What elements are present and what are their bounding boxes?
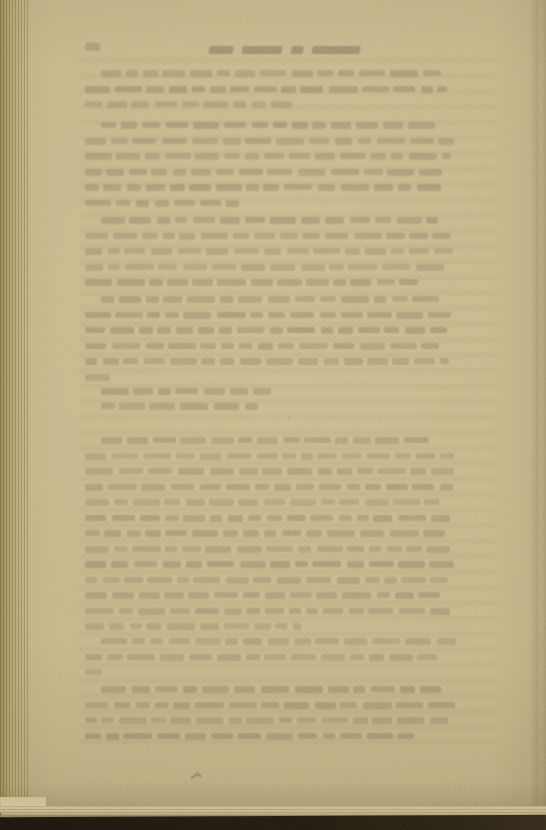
faded-word — [430, 608, 450, 615]
faded-word — [313, 248, 340, 254]
faded-word — [155, 702, 169, 708]
faded-word — [158, 264, 178, 271]
faded-word — [243, 638, 261, 645]
running-header — [85, 38, 493, 56]
faded-word — [193, 217, 215, 223]
faded-word — [234, 248, 259, 254]
faded-word — [195, 702, 224, 708]
faded-text-line — [85, 118, 493, 134]
faded-word — [224, 122, 246, 128]
faded-word — [428, 702, 455, 709]
faded-word — [212, 264, 237, 270]
faded-word — [270, 561, 290, 568]
faded-word — [183, 686, 198, 693]
faded-word — [85, 484, 103, 491]
faded-title-word — [311, 46, 360, 54]
faded-word — [329, 264, 343, 271]
faded-word — [165, 530, 187, 536]
faded-word — [412, 296, 439, 302]
faded-word — [127, 437, 148, 444]
faded-word — [295, 686, 323, 693]
faded-word — [265, 592, 285, 599]
faded-word — [220, 217, 240, 224]
faded-text-line — [85, 180, 493, 196]
faded-title-word — [241, 46, 282, 54]
faded-word — [109, 623, 124, 630]
faded-word — [217, 70, 230, 76]
scanned-page-photo: · · · — [0, 0, 546, 830]
faded-word — [294, 638, 311, 645]
faded-word — [301, 217, 320, 224]
faded-word — [372, 717, 392, 724]
faded-word — [112, 592, 134, 599]
faded-word — [176, 453, 195, 459]
faded-word — [353, 686, 365, 693]
faded-word — [210, 515, 222, 522]
faded-word — [368, 608, 393, 615]
faded-word — [101, 638, 127, 644]
faded-word — [127, 184, 142, 191]
faded-word — [270, 327, 284, 334]
faded-paragraph — [85, 433, 493, 635]
faded-word — [153, 437, 175, 443]
faded-text-line — [85, 354, 493, 370]
faded-word — [145, 530, 161, 537]
faded-word — [204, 388, 225, 395]
faded-word — [357, 515, 369, 522]
faded-word — [306, 577, 331, 583]
faded-word — [371, 686, 395, 692]
faded-word — [382, 264, 410, 271]
faded-paragraph — [85, 66, 493, 113]
faded-word — [315, 153, 335, 160]
faded-word — [200, 623, 220, 630]
faded-word — [173, 702, 190, 709]
faded-word — [103, 577, 120, 584]
faded-word — [277, 279, 303, 286]
faded-word — [323, 608, 343, 615]
faded-word — [163, 296, 181, 303]
faded-word — [333, 279, 345, 286]
faded-text-line — [85, 339, 493, 355]
faded-word — [229, 702, 257, 709]
faded-word — [125, 264, 154, 270]
faded-word — [362, 86, 389, 92]
faded-word — [223, 138, 241, 145]
faded-word — [123, 358, 138, 364]
faded-word — [410, 468, 426, 475]
faded-word — [130, 623, 142, 629]
faded-word — [342, 592, 371, 599]
faded-word — [85, 184, 99, 191]
faded-word — [132, 686, 150, 693]
faded-word — [344, 358, 362, 365]
faded-word — [295, 296, 315, 302]
faded-word — [223, 530, 238, 537]
faded-word — [255, 484, 270, 490]
faded-word — [390, 530, 418, 537]
faded-word — [347, 484, 359, 491]
faded-word — [312, 561, 341, 567]
section-separator: · · · — [85, 412, 493, 424]
faded-word — [145, 153, 160, 160]
faded-word — [193, 577, 221, 584]
faded-word — [386, 233, 404, 239]
faded-word — [147, 312, 160, 319]
faded-title-word — [290, 46, 303, 54]
faded-word — [175, 388, 198, 394]
faded-word — [185, 733, 206, 740]
faded-text-line — [85, 665, 493, 681]
faded-word — [165, 546, 177, 553]
faded-word — [341, 312, 363, 318]
faded-word — [284, 184, 312, 190]
faded-word — [377, 468, 405, 474]
faded-word — [280, 233, 298, 240]
faded-word — [193, 122, 219, 129]
faded-word — [239, 169, 263, 176]
faded-word — [85, 499, 109, 506]
faded-word — [245, 153, 259, 160]
faded-word — [108, 248, 120, 254]
faded-word — [192, 138, 218, 144]
faded-word — [113, 233, 137, 240]
faded-word — [317, 453, 336, 460]
faded-word — [85, 623, 104, 630]
faded-text-line — [85, 449, 493, 465]
faded-text-line — [85, 557, 493, 573]
faded-word — [226, 484, 250, 491]
faded-word — [426, 217, 437, 224]
faded-word — [146, 296, 159, 303]
faded-word — [106, 733, 119, 740]
faded-word — [291, 654, 316, 660]
faded-word — [252, 122, 267, 128]
faded-word — [357, 468, 372, 474]
faded-word — [353, 437, 371, 444]
faded-word — [432, 233, 450, 239]
faded-word — [261, 702, 279, 708]
faded-word — [101, 717, 114, 723]
faded-word — [157, 327, 171, 334]
faded-word — [132, 638, 145, 644]
faded-word — [321, 654, 345, 661]
faded-word — [327, 530, 355, 537]
faded-paragraph — [85, 384, 493, 400]
faded-word — [178, 248, 201, 254]
faded-word — [155, 101, 178, 107]
faded-word — [328, 686, 349, 693]
faded-word — [162, 70, 185, 77]
faded-word — [325, 217, 345, 224]
faded-word — [190, 70, 212, 77]
faded-word — [180, 403, 208, 410]
faded-word — [401, 577, 426, 584]
faded-word — [377, 592, 390, 598]
faded-word — [85, 717, 97, 723]
faded-word — [186, 561, 202, 568]
faded-word — [254, 86, 277, 92]
faded-text-line — [85, 604, 493, 620]
faded-word — [392, 296, 408, 302]
faded-word — [274, 484, 291, 491]
faded-word — [163, 233, 176, 239]
faded-word — [440, 453, 454, 459]
faded-word — [264, 499, 285, 505]
faded-word — [396, 702, 423, 709]
faded-word — [310, 515, 333, 521]
faded-text-line — [85, 275, 493, 291]
faded-word — [293, 623, 301, 630]
faded-word — [257, 437, 277, 444]
faded-word — [344, 638, 367, 645]
faded-word — [133, 388, 152, 395]
faded-word — [85, 374, 110, 381]
faded-word — [233, 101, 246, 108]
faded-word — [85, 101, 102, 107]
faded-word — [431, 468, 454, 475]
faded-paragraph — [85, 682, 493, 744]
faded-text-line — [85, 480, 493, 496]
faded-word — [420, 686, 441, 693]
faded-word — [393, 499, 420, 505]
faded-word — [426, 546, 450, 553]
faded-word — [151, 248, 172, 255]
faded-word — [270, 264, 295, 271]
faded-word — [430, 577, 447, 584]
faded-word — [431, 515, 450, 522]
faded-word — [200, 453, 221, 460]
faded-title-word — [208, 46, 233, 54]
faded-word — [164, 592, 183, 599]
faded-text-line — [85, 149, 493, 165]
faded-word — [389, 654, 413, 661]
faded-word — [251, 279, 273, 286]
faded-word — [371, 153, 386, 160]
faded-word — [339, 499, 359, 505]
faded-word — [282, 453, 295, 460]
faded-word — [112, 343, 141, 349]
faded-word — [264, 654, 286, 661]
faded-text-line — [85, 650, 493, 666]
faded-word — [233, 233, 249, 239]
faded-word — [289, 608, 301, 615]
faded-word — [136, 702, 150, 708]
faded-word — [216, 169, 234, 176]
faded-word — [131, 101, 148, 108]
faded-word — [287, 468, 312, 475]
faded-word — [85, 530, 100, 536]
faded-word — [410, 138, 433, 145]
faded-word — [178, 468, 204, 475]
faded-word — [347, 561, 364, 568]
faded-word — [266, 733, 293, 740]
faded-word — [250, 312, 263, 318]
faded-word — [298, 169, 325, 176]
faded-word — [217, 279, 245, 286]
faded-word — [397, 717, 423, 724]
faded-word — [306, 530, 322, 537]
faded-word — [337, 468, 353, 475]
faded-text-line — [85, 464, 493, 480]
faded-word — [217, 654, 241, 661]
faded-word — [169, 86, 188, 93]
faded-word — [85, 453, 106, 460]
faded-word — [253, 577, 271, 583]
faded-word — [192, 530, 218, 537]
faded-word — [127, 530, 141, 537]
faded-text-line — [85, 97, 493, 113]
faded-word — [147, 577, 172, 583]
faded-word — [279, 717, 292, 723]
faded-word — [392, 358, 409, 365]
faded-word — [117, 279, 145, 286]
faded-word — [339, 515, 351, 521]
faded-word — [114, 702, 130, 708]
faded-word — [106, 169, 123, 176]
faded-word — [246, 717, 273, 724]
faded-word — [416, 264, 444, 271]
faded-word — [341, 296, 368, 303]
faded-word — [114, 546, 128, 553]
faded-word — [85, 702, 108, 709]
faded-word — [398, 184, 412, 191]
faded-word — [85, 561, 106, 568]
book-edge-dark-strip — [0, 815, 546, 830]
faded-word — [390, 70, 418, 77]
faded-word — [101, 437, 122, 444]
faded-word — [404, 437, 429, 443]
faded-word — [396, 312, 423, 319]
faded-word — [405, 638, 431, 645]
faded-word — [116, 200, 130, 206]
faded-word — [170, 358, 198, 365]
faded-text-line — [85, 66, 493, 82]
faded-word — [412, 484, 435, 490]
faded-word — [187, 296, 215, 303]
faded-text-line — [85, 196, 493, 212]
faded-word — [151, 169, 167, 176]
faded-word — [226, 577, 248, 584]
faded-word — [266, 358, 293, 365]
faded-word — [239, 343, 252, 349]
faded-word — [101, 217, 125, 224]
faded-word — [367, 358, 387, 365]
faded-word — [226, 200, 240, 207]
faded-word — [395, 453, 410, 459]
faded-word — [360, 343, 385, 350]
faded-word — [377, 138, 405, 144]
faded-word — [183, 515, 204, 522]
faded-word — [322, 717, 348, 723]
faded-word — [119, 608, 133, 615]
faded-word — [369, 561, 393, 567]
faded-word — [306, 608, 318, 615]
faded-word — [85, 592, 107, 599]
faded-word — [287, 248, 309, 254]
faded-word — [85, 248, 102, 255]
faded-word — [119, 468, 143, 474]
faded-word — [101, 122, 116, 128]
faded-word — [409, 248, 429, 254]
faded-word — [230, 388, 247, 395]
faded-word — [373, 515, 392, 522]
faded-word — [317, 546, 343, 552]
faded-text-line — [85, 308, 493, 324]
faded-word — [85, 327, 105, 333]
faded-word — [298, 546, 311, 553]
faded-word — [85, 233, 108, 239]
faded-word — [317, 70, 333, 76]
faded-word — [167, 279, 188, 286]
faded-word — [160, 654, 184, 661]
faded-word — [434, 248, 453, 254]
faded-word — [406, 546, 421, 552]
faded-word — [85, 608, 114, 615]
faded-word — [157, 217, 171, 224]
faded-word — [134, 561, 158, 567]
faded-word — [144, 358, 165, 364]
faded-word — [85, 654, 102, 660]
faded-word — [165, 153, 191, 159]
faded-word — [234, 686, 256, 693]
faded-word — [133, 499, 160, 506]
faded-word — [437, 86, 447, 93]
faded-word — [276, 138, 305, 145]
faded-text-line — [85, 588, 493, 604]
faded-word — [243, 530, 259, 537]
faded-word — [85, 86, 110, 93]
faded-text-line — [85, 619, 493, 635]
faded-word — [186, 499, 205, 506]
faded-word — [85, 577, 97, 584]
faded-word — [440, 358, 449, 364]
faded-word — [169, 638, 191, 644]
faded-word — [283, 437, 299, 443]
faded-word — [200, 200, 221, 207]
faded-text-line — [85, 634, 493, 650]
faded-word — [372, 638, 399, 644]
faded-word — [266, 546, 293, 552]
faded-word — [192, 279, 213, 286]
faded-word — [149, 403, 174, 410]
faded-word — [246, 184, 259, 191]
faded-word — [146, 343, 164, 349]
faded-word — [270, 217, 297, 224]
faded-word — [416, 453, 435, 459]
faded-word — [263, 184, 279, 191]
faded-word — [245, 138, 271, 144]
faded-word — [350, 279, 371, 286]
book-gutter-edge — [0, 0, 30, 830]
faded-word — [140, 515, 160, 521]
faded-word — [408, 122, 436, 129]
faded-word — [363, 702, 392, 709]
faded-word — [257, 453, 278, 459]
faded-word — [375, 217, 391, 223]
faded-word — [85, 733, 101, 740]
faded-word — [115, 312, 142, 318]
faded-word — [301, 453, 313, 460]
faded-word — [423, 530, 444, 537]
faded-word — [292, 122, 308, 129]
faded-word — [101, 388, 129, 395]
faded-paragraph — [85, 213, 493, 291]
faded-word — [146, 623, 161, 630]
faded-text-line — [85, 292, 493, 308]
faded-word — [442, 153, 451, 159]
faded-word — [315, 638, 340, 644]
